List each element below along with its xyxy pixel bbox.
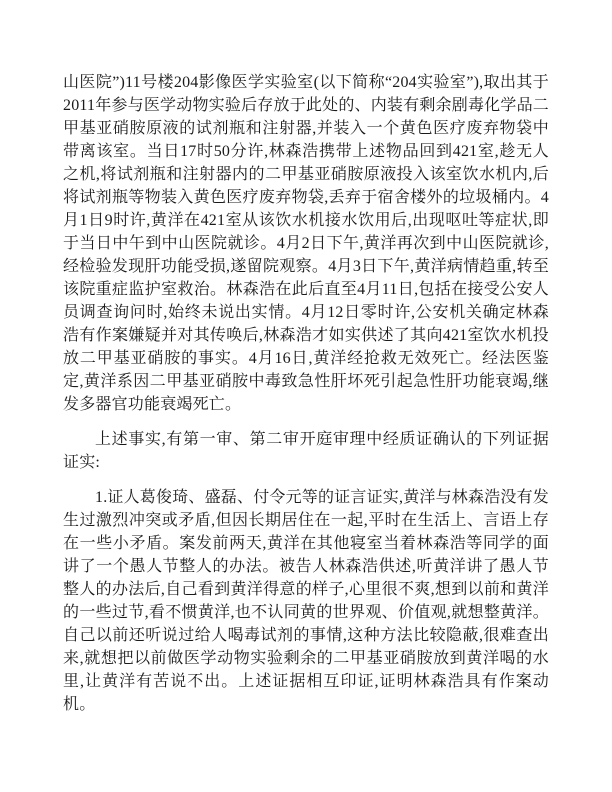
paragraph-facts-continuation: 山医院”)11号楼204影像医学实验室(以下简称“204实验室”),取出其于20… — [63, 71, 549, 416]
document-page: 山医院”)11号楼204影像医学实验室(以下简称“204实验室”),取出其于20… — [0, 0, 612, 792]
paragraph-evidence-intro: 上述事实,有第一审、第二审开庭审理中经质证确认的下列证据证实: — [63, 428, 549, 474]
document-text-block: 山医院”)11号楼204影像医学实验室(以下简称“204实验室”),取出其于20… — [63, 71, 549, 716]
paragraph-witness-testimony: 1.证人葛俊琦、盛磊、付令元等的证言证实,黄洋与林森浩没有发生过激烈冲突或矛盾,… — [63, 486, 549, 716]
